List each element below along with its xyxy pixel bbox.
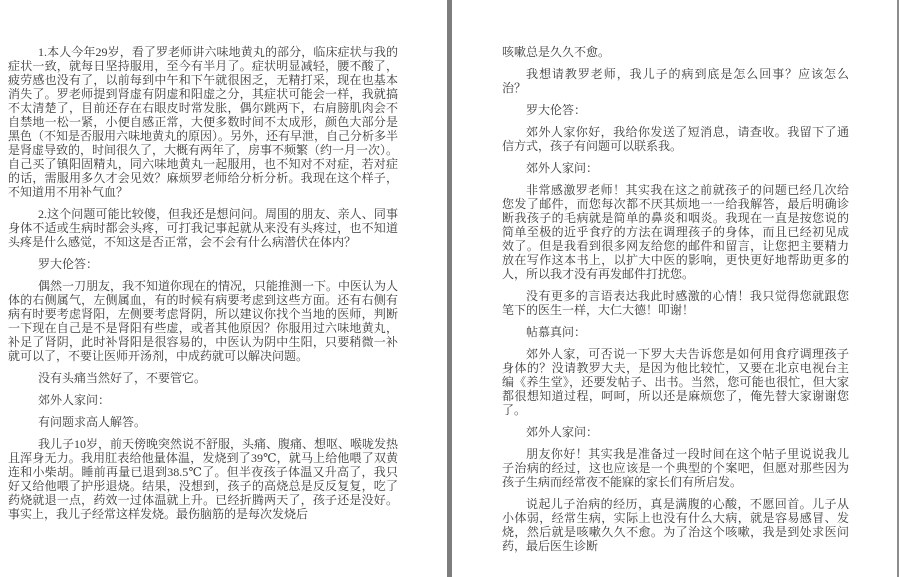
answer-paragraph: 偶然一刀朋友，我不知道你现在的情况，只能推测一下。中医认为人体的右侧属气，左侧属… [8,279,398,363]
speaker-heading: 罗大伦答： [8,257,398,271]
question-paragraph: 郊外人家，可否说一下罗大夫告诉您是如何用食疗调理孩子身体的？没请教罗大夫，是因为… [502,347,849,417]
left-page: 1.本人今年29岁，看了罗老师讲六味地黄丸的部分，临床症状与我的症状一致，就每日… [0,0,447,577]
question-paragraph: 有问题求高人解答。 [8,415,398,429]
question-paragraph: 2.这个问题可能比较傻，但我还是想问问。周围的朋友、亲人、同事身体不适或生病时都… [8,207,398,249]
answer-paragraph: 说起儿子治病的经历，真是满腹的心酸，不愿回首。儿子从小体弱，经常生病，实际上也没… [502,497,849,553]
answer-paragraph: 没有头痛当然好了，不要管它。 [8,371,398,385]
page-edge-line [897,0,899,577]
answer-paragraph: 郊外人家你好，我给你发送了短消息，请查收。我留下了通信方式，孩子有问题可以联系我… [502,125,849,153]
speaker-heading: 罗大伦答： [502,103,849,117]
speaker-heading: 郊外人家问： [502,425,849,439]
answer-paragraph: 朋友你好！其实我是准备过一段时间在这个帖子里说说我儿子治病的经过，这也应该是一个… [502,447,849,489]
question-paragraph: 我儿子10岁，前天傍晚突然说不舒服，头痛、腹痛、想呕、喉咙发热且浑身无力。我用肛… [8,437,398,521]
question-paragraph: 没有更多的言语表达我此时感激的心情！我只觉得您就跟您笔下的医生一样，大仁大德！叩… [502,289,849,317]
right-page: 咳嗽总是久久不愈。 我想请教罗老师，我儿子的病到底是怎么回事？应该怎么治？ 罗大… [452,0,900,577]
speaker-heading: 郊外人家问： [502,161,849,175]
question-paragraph: 我想请教罗老师，我儿子的病到底是怎么回事？应该怎么治？ [502,67,849,95]
book-spread: 1.本人今年29岁，看了罗老师讲六味地黄丸的部分，临床症状与我的症状一致，就每日… [0,0,900,577]
speaker-heading: 郊外人家问： [8,393,398,407]
question-paragraph: 非常感激罗老师！其实我在这之前就孩子的问题已经几次给您发了邮件，而您每次都不厌其… [502,183,849,281]
speaker-heading: 帖慕真问： [502,325,849,339]
question-paragraph: 1.本人今年29岁，看了罗老师讲六味地黄丸的部分，临床症状与我的症状一致，就每日… [8,45,398,199]
continuation-paragraph: 咳嗽总是久久不愈。 [502,45,849,59]
